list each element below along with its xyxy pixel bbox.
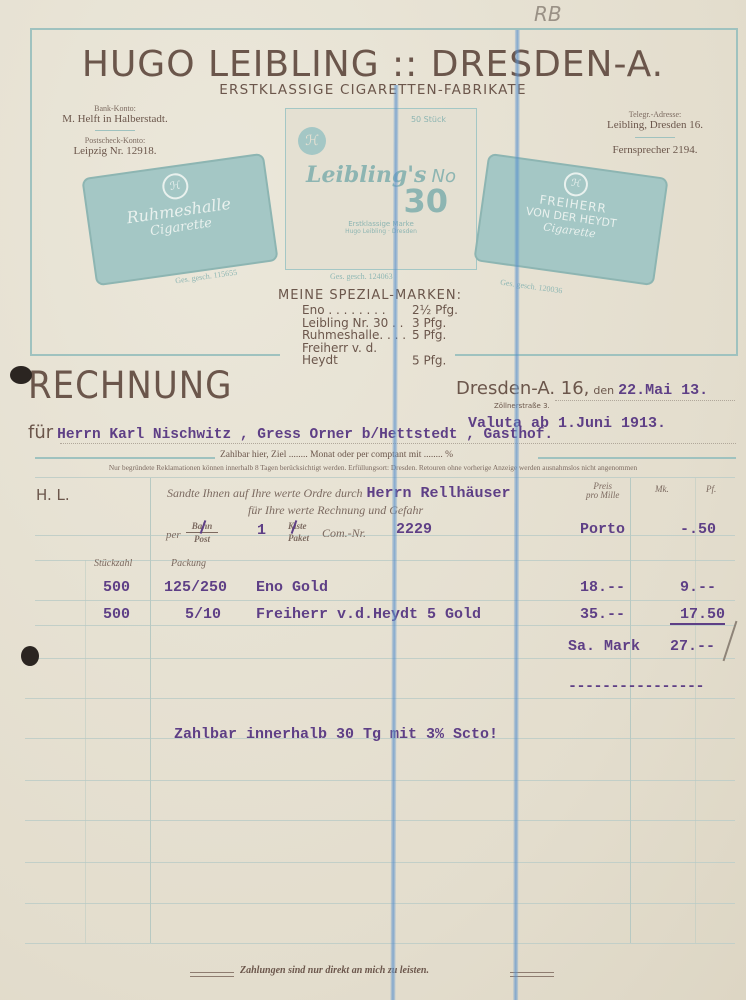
rule bbox=[25, 698, 735, 699]
footer-note: Zahlungen sind nur direkt an mich zu lei… bbox=[240, 965, 429, 976]
rule bbox=[25, 780, 735, 781]
invoice-title: RECHNUNG bbox=[28, 364, 233, 408]
row-1-amount: 9.-- bbox=[680, 579, 716, 596]
col-packung: Packung bbox=[171, 558, 206, 569]
sent-text: Sandte Ihnen auf Ihre werte Ordre durch bbox=[167, 486, 363, 500]
invoice-date: 22.Mai 13. bbox=[618, 382, 708, 399]
check-mark bbox=[723, 621, 738, 662]
bank-value: M. Helft in Halberstadt. bbox=[40, 113, 190, 125]
recipient-line: für Herrn Karl Nischwitz , Gress Orner b… bbox=[28, 422, 738, 443]
col-divider bbox=[150, 478, 151, 943]
postscheck-label: Postscheck-Konto: bbox=[40, 136, 190, 145]
total-amount: 27.-- bbox=[670, 638, 715, 655]
pf-header: Pf. bbox=[706, 484, 716, 494]
porto-amount: -.50 bbox=[680, 521, 716, 538]
com-label: Com.-Nr. bbox=[322, 526, 366, 541]
handwritten-annotation: RB bbox=[534, 2, 562, 26]
brand-price: 5 Pfg. bbox=[412, 353, 446, 367]
blue-pencil-mark bbox=[513, 30, 520, 1000]
row-1-price: 18.-- bbox=[580, 579, 625, 596]
terms-rule-right bbox=[538, 457, 736, 459]
place: Dresden-A. 16, bbox=[456, 378, 589, 399]
monogram-icon: ℋ bbox=[161, 172, 190, 201]
punch-hole bbox=[10, 366, 32, 384]
shipment-line-1: Sandte Ihnen auf Ihre werte Ordre durch … bbox=[167, 484, 511, 502]
row-1-pack: 125/250 bbox=[164, 579, 227, 596]
col-divider bbox=[630, 478, 631, 943]
porto-label: Porto bbox=[580, 521, 625, 538]
box-sub1: Erstklassige Marke bbox=[286, 220, 476, 228]
brand-row: Ruhmeshalle. . . .5 Pfg. bbox=[302, 329, 458, 342]
special-brands-list: Eno . . . . . . . .2½ Pfg. Leibling Nr. … bbox=[302, 304, 458, 367]
brand-price: 5 Pfg. bbox=[412, 328, 446, 342]
bank-info: Bank-Konto: M. Helft in Halberstadt. Pos… bbox=[40, 104, 190, 157]
row-2-qty: 500 bbox=[103, 606, 130, 623]
row-2-pack: 5/10 bbox=[185, 606, 221, 623]
row-1-qty: 500 bbox=[103, 579, 130, 596]
monogram-icon: ℋ bbox=[562, 171, 589, 198]
rule bbox=[25, 862, 735, 863]
rule bbox=[25, 943, 735, 944]
com-number: 2229 bbox=[396, 521, 432, 538]
recipient: Herrn Karl Nischwitz , Gress Orner b/Het… bbox=[57, 427, 553, 443]
postscheck-value: Leipzig Nr. 12918. bbox=[40, 145, 190, 157]
col-divider bbox=[695, 478, 696, 943]
den-label: den bbox=[593, 384, 614, 397]
street-address: Zöllnerstraße 3. bbox=[494, 402, 550, 410]
punch-hole bbox=[21, 646, 39, 666]
price-sublabel: pro Mille bbox=[586, 491, 619, 500]
initials: H. L. bbox=[36, 486, 70, 504]
leibling-30-box-illustration: 50 Stück ℋ Leibling's No 30 Erstklassige… bbox=[285, 108, 477, 270]
special-brands-title: MEINE SPEZIAL-MARKEN: bbox=[278, 288, 462, 303]
frame-bottom-right bbox=[455, 354, 736, 356]
agent-name: Herrn Rellhäuser bbox=[367, 485, 511, 502]
frame-bottom-left bbox=[30, 354, 280, 356]
company-tagline: ERSTKLASSIGE CIGARETTEN-FABRIKATE bbox=[0, 82, 746, 98]
row-2-price: 35.-- bbox=[580, 606, 625, 623]
row-2-amount: 17.50 bbox=[670, 606, 725, 625]
bank-label: Bank-Konto: bbox=[40, 104, 190, 113]
closing-dashes: ---------------- bbox=[568, 678, 704, 695]
phone-number: Fernsprecher 2194. bbox=[585, 144, 725, 156]
fuer-label: für bbox=[28, 422, 53, 443]
rule bbox=[25, 820, 735, 821]
telegraph-info: Telegr.-Adresse: Leibling, Dresden 16. F… bbox=[585, 110, 725, 156]
divider bbox=[95, 130, 135, 131]
invoice-place-date: Dresden-A. 16, den 22.Mai 13. bbox=[456, 378, 741, 399]
payment-terms-line: Zahlbar hier, Ziel ........ Monat oder p… bbox=[220, 450, 453, 460]
monogram-icon: ℋ bbox=[298, 127, 326, 155]
reg-number: Ges. gesch. 124063 bbox=[330, 272, 393, 281]
package-count: 1 bbox=[257, 522, 266, 539]
total-label: Sa. Mark bbox=[568, 638, 640, 655]
date-line bbox=[555, 400, 735, 401]
footer-rule-left bbox=[190, 972, 234, 977]
recipient-underline bbox=[60, 443, 736, 444]
row-1-desc: Eno Gold bbox=[256, 579, 328, 596]
divider bbox=[635, 137, 675, 138]
payment-note: Zahlbar innerhalb 30 Tg mit 3% Scto! bbox=[174, 726, 498, 743]
terms-rule-left bbox=[35, 457, 215, 459]
company-name: HUGO LEIBLING :: DRESDEN-A. bbox=[0, 44, 746, 85]
telegr-label: Telegr.-Adresse: bbox=[585, 110, 725, 119]
telegr-value: Leibling, Dresden 16. bbox=[585, 119, 725, 131]
col-stueckzahl: Stückzahl bbox=[94, 558, 132, 569]
row-2-desc: Freiherr v.d.Heydt 5 Gold bbox=[256, 606, 481, 623]
rule bbox=[25, 903, 735, 904]
box-count: 50 Stück bbox=[286, 109, 476, 124]
mk-header: Mk. bbox=[655, 484, 669, 494]
price-header: Preis pro Mille bbox=[586, 482, 619, 500]
complaint-notice: Nur begründete Reklamationen können inne… bbox=[0, 463, 746, 472]
box-sub2: Hugo Leibling · Dresden bbox=[286, 228, 476, 235]
col-divider bbox=[85, 560, 86, 943]
per-label: per bbox=[166, 529, 181, 541]
brand-row: Freiherr v. d. Heydt5 Pfg. bbox=[302, 342, 458, 367]
post-option: Post bbox=[186, 533, 218, 545]
